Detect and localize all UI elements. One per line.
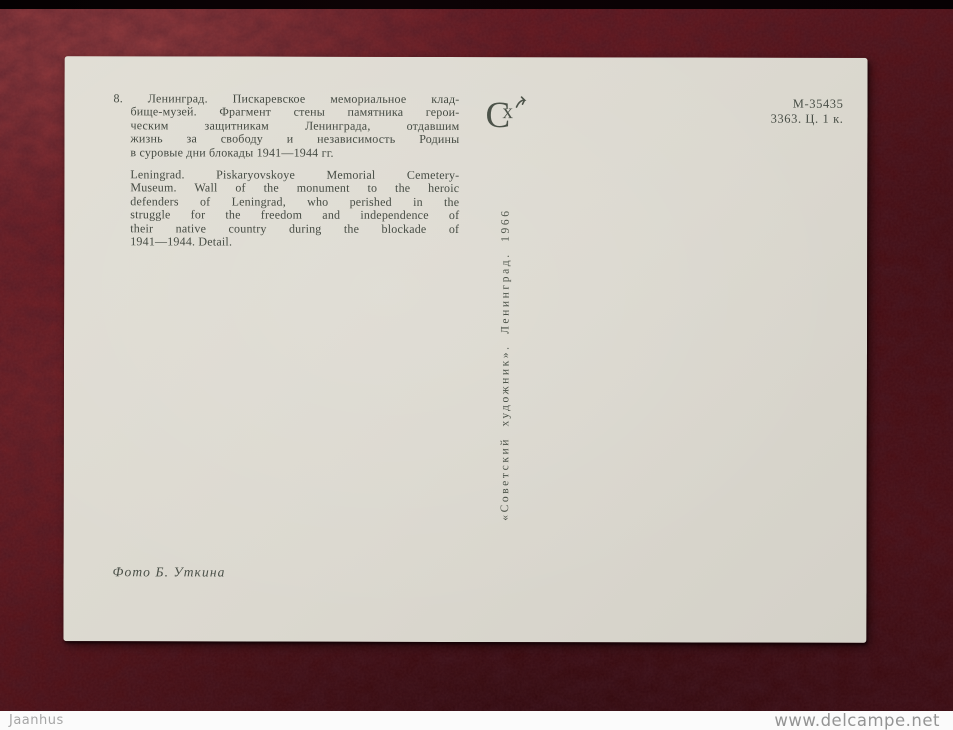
photo-of-postcard-back: 8. Ленинград. Пискаревское мемориальное … xyxy=(0,0,953,730)
publisher-imprint-vertical: «Советский художник». Ленинград. 1966 xyxy=(497,175,515,555)
catalog-code-number: М-35435 xyxy=(771,97,844,112)
publisher-logo-monogram: С х xyxy=(485,94,529,142)
logo-hook-icon xyxy=(485,94,529,142)
photo-top-edge xyxy=(0,0,953,9)
watermark-bar: Jaanhus www.delcampe.net xyxy=(0,711,953,730)
catalog-code-price: 3363. Ц. 1 к. xyxy=(771,111,844,126)
watermark-seller: Jaanhus xyxy=(0,713,64,728)
caption-english: Leningrad. Piskaryovskoye Memorial Cemet… xyxy=(130,168,459,249)
caption-russian: 8. Ленинград. Пискаревское мемориальное … xyxy=(113,92,459,160)
catalog-codes: М-35435 3363. Ц. 1 к. xyxy=(771,97,844,126)
watermark-site: www.delcampe.net xyxy=(774,711,953,730)
postcard-back: 8. Ленинград. Пискаревское мемориальное … xyxy=(63,56,867,643)
photo-credit: Фото Б. Уткина xyxy=(113,564,226,580)
